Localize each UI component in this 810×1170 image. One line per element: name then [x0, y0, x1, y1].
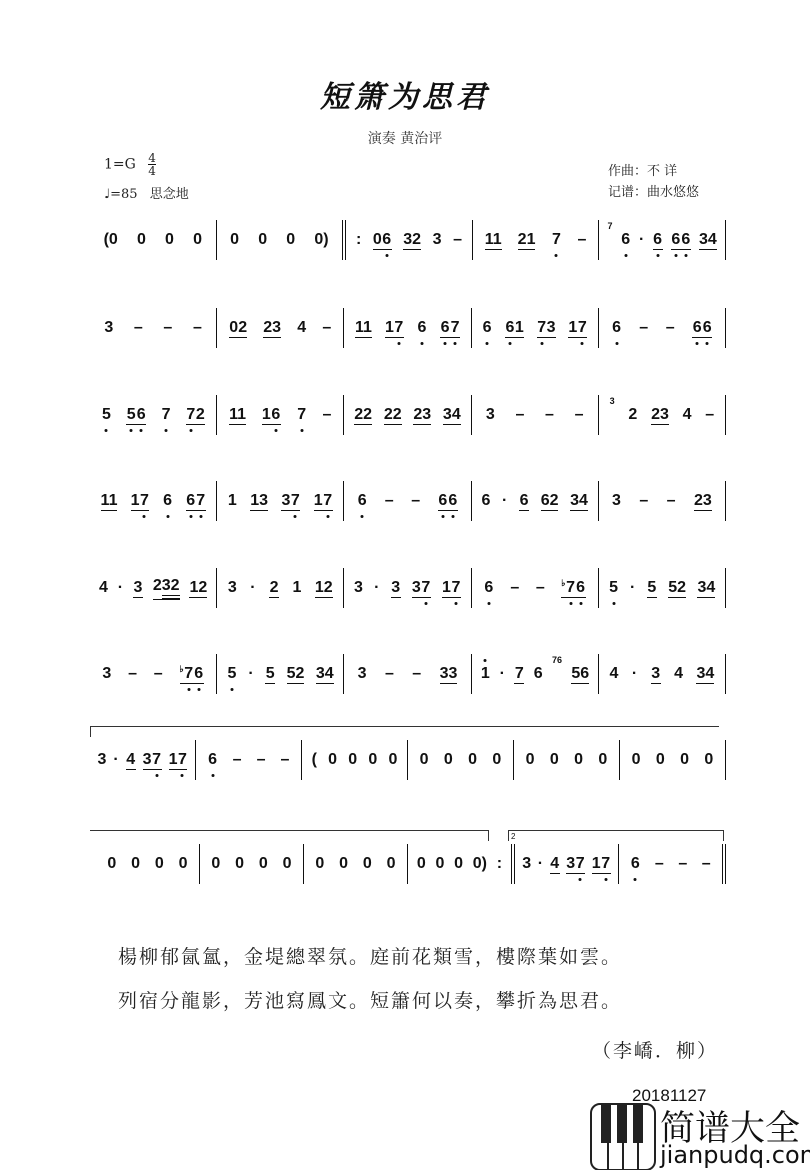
song-title: 短箫为思君	[0, 72, 810, 116]
measure: 3·2112	[217, 568, 344, 608]
measure: 3––23	[599, 481, 726, 521]
measure: 5·55234	[599, 568, 726, 608]
measure: 1117667	[344, 308, 471, 348]
measure: 6–––	[196, 740, 302, 780]
volta-bracket-1	[90, 726, 719, 737]
score-line-5: 4·323212 3·2112 3·33717 6––♭76 5·55234	[90, 568, 726, 608]
measure: 3–––	[90, 308, 217, 348]
tempo-value: ♩=85	[104, 187, 138, 202]
measure: 1133717	[217, 481, 344, 521]
score-line-1: (0000 0000) :06323– 11217– 76·66634	[90, 220, 726, 260]
poem-attribution: （李嶠．柳）	[592, 1036, 718, 1063]
volta-2-label: 2	[511, 832, 515, 841]
measure: 6–––	[619, 844, 726, 884]
poem-line-1: 楊柳郁氤氳，金堤總翠氛。庭前花類雪，樓際葉如雲。	[118, 942, 622, 969]
tempo-marking: ♩=85 思念地	[104, 183, 189, 202]
score-line-8: 0000 0000 0000 0000): 3·43717 6–––	[96, 844, 726, 884]
expression-text: 思念地	[150, 187, 189, 202]
measure: 556772	[90, 395, 217, 435]
measure: 76·66634	[599, 220, 726, 260]
piano-keys-icon	[590, 1103, 656, 1170]
measure: 11217–	[473, 220, 600, 260]
measure: 3––33	[344, 654, 471, 694]
score-line-4: 1117667 1133717 6––66 6·66234 3––23	[90, 481, 726, 521]
measure: 11167–	[217, 395, 344, 435]
performer-credit: 演奏 黄治评	[0, 128, 810, 148]
score-line-7: 3·43717 6––– (0000 0000 0000 0000	[90, 740, 726, 780]
volta-bracket-1-end	[90, 830, 489, 841]
poem-line-2: 列宿分龍影，芳池寫鳳文。短簫何以奏，攀折為思君。	[118, 986, 622, 1013]
measure: 4·323212	[90, 568, 217, 608]
key-signature: 1=G 4 4	[104, 152, 156, 177]
transcriber-credit: 记谱：曲水悠悠	[608, 181, 699, 200]
score-line-3: 556772 11167– 22222334 3––– 32234–	[90, 395, 726, 435]
time-sig-bottom: 4	[148, 165, 156, 177]
measure: 6·66234	[472, 481, 599, 521]
measure: (0000	[90, 220, 217, 260]
measure: 1117667	[90, 481, 217, 521]
key-label: 1=G	[104, 157, 136, 173]
score-line-2: 3––– 02234– 1117667 6617317 6––66	[90, 308, 726, 348]
measure: 5·55234	[217, 654, 344, 694]
measure: 32234–	[599, 395, 726, 435]
volta-bracket-2: 2	[508, 830, 724, 841]
measure: 4·3434	[599, 654, 726, 694]
measure: 0000	[200, 844, 304, 884]
measure: :06323–	[346, 220, 473, 260]
composer-credit: 作曲：不 详	[608, 160, 677, 179]
measure: 02234–	[217, 308, 344, 348]
measure: 3·43717	[90, 740, 196, 780]
measure: (0000	[302, 740, 408, 780]
measure: 0000)	[217, 220, 347, 260]
measure: 3·43717	[515, 844, 619, 884]
site-logo: 简谱大全 jianpudq.com	[590, 1103, 805, 1167]
logo-text-en: jianpudq.com	[660, 1141, 810, 1169]
measure: 0000	[514, 740, 620, 780]
measure: 0000	[620, 740, 726, 780]
measure: 0000	[408, 740, 514, 780]
score-line-6: 3––♭76 5·55234 3––33 1·767656 4·3434	[90, 654, 726, 694]
measure: 1·767656	[472, 654, 599, 694]
measure: 0000):	[408, 844, 515, 884]
measure: 22222334	[344, 395, 471, 435]
measure: 6617317	[472, 308, 599, 348]
measure: 3–––	[472, 395, 599, 435]
time-signature: 4 4	[148, 152, 156, 177]
measure: 6––66	[599, 308, 726, 348]
measure: 0000	[304, 844, 408, 884]
measure: 0000	[96, 844, 200, 884]
measure: 6––♭76	[472, 568, 599, 608]
measure: 6––66	[344, 481, 471, 521]
measure: 3·33717	[344, 568, 471, 608]
measure: 3––♭76	[90, 654, 217, 694]
